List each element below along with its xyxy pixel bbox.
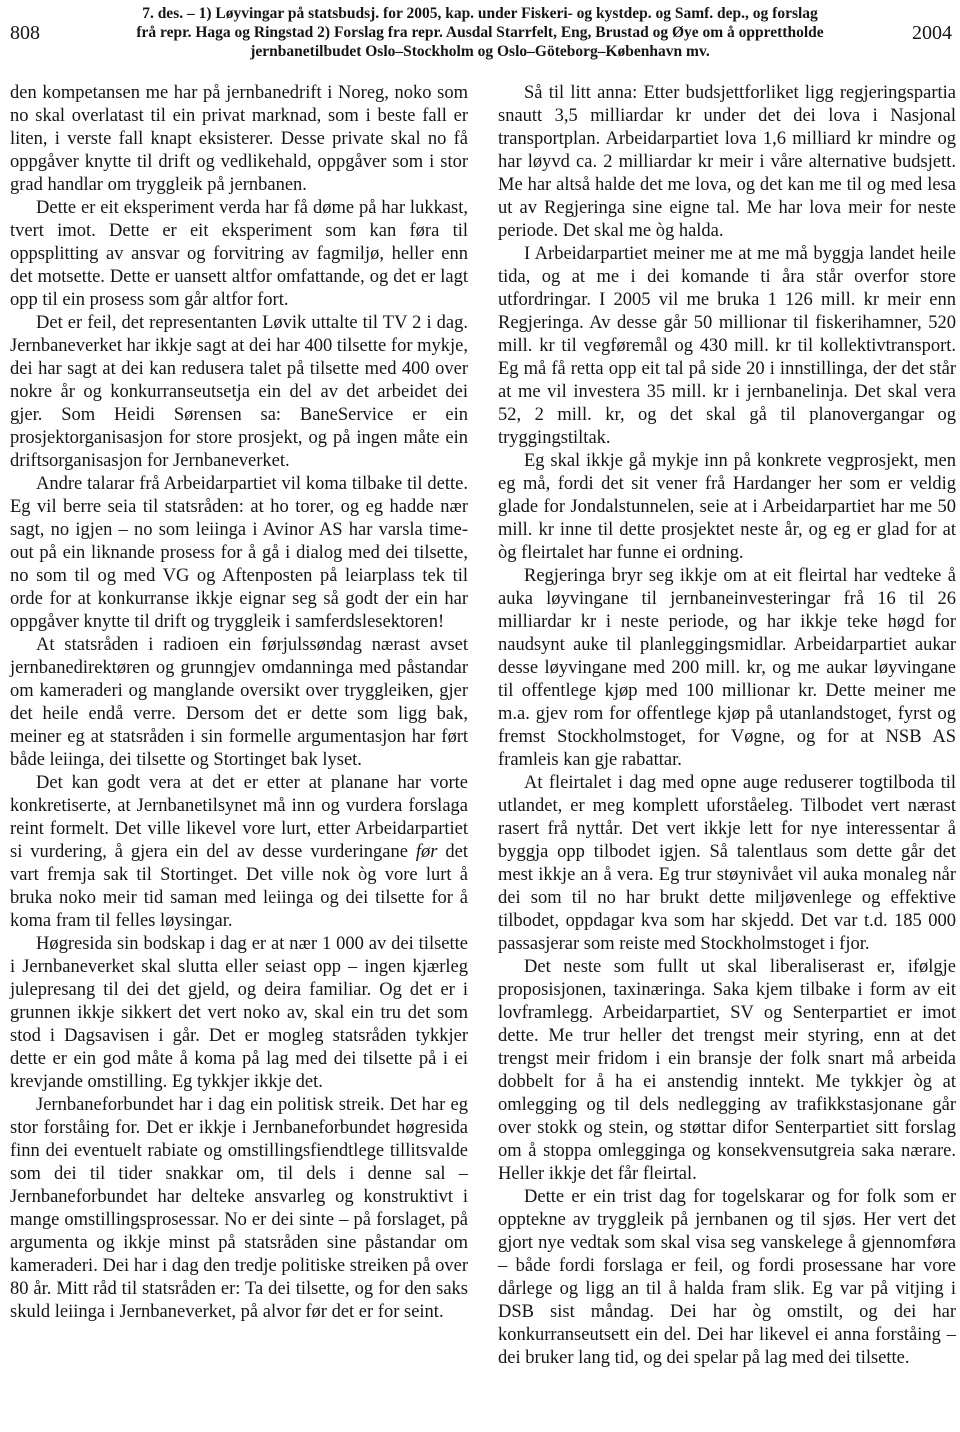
body-paragraph: Jernbaneforbundet har i dag ein politisk…	[10, 1094, 468, 1324]
body-paragraph: Andre talarar frå Arbeidarpartiet vil ko…	[10, 473, 468, 634]
body-columns: den kompetansen me har på jernbanedrift …	[10, 82, 956, 1370]
body-paragraph: den kompetansen me har på jernbanedrift …	[10, 82, 468, 197]
body-paragraph: At statsråden i radioen ein førjulssønda…	[10, 634, 468, 772]
text-run: Dette er eit eksperiment verda har få dø…	[10, 198, 468, 310]
text-run: At statsråden i radioen ein førjulssønda…	[10, 635, 468, 770]
text-run: Dette er ein trist dag for togelskarar o…	[498, 1187, 956, 1368]
text-run: Høgresida sin bodskap i dag er at nær 1 …	[10, 934, 468, 1092]
body-paragraph: Så til litt anna: Etter budsjettforliket…	[498, 82, 956, 243]
body-paragraph: Høgresida sin bodskap i dag er at nær 1 …	[10, 933, 468, 1094]
text-run: I Arbeidarpartiet meiner me at me må byg…	[498, 244, 956, 448]
text-run: Jernbaneforbundet har i dag ein politisk…	[10, 1095, 468, 1322]
left-column: den kompetansen me har på jernbanedrift …	[10, 82, 468, 1370]
year-label: 2004	[912, 22, 952, 44]
header-line-3: jernbanetilbudet Oslo–Stockholm og Oslo–…	[110, 42, 850, 61]
page-number: 808	[10, 22, 40, 44]
body-paragraph: I Arbeidarpartiet meiner me at me må byg…	[498, 243, 956, 450]
text-run: Det er feil, det representanten Løvik ut…	[10, 313, 468, 471]
body-paragraph: Regjeringa bryr seg ikkje om at eit flei…	[498, 565, 956, 772]
body-paragraph: Det neste som fullt ut skal liberalisera…	[498, 956, 956, 1186]
body-paragraph: Dette er ein trist dag for togelskarar o…	[498, 1186, 956, 1370]
header-line-1: 7. des. – 1) Løyvingar på statsbudsj. fo…	[110, 4, 850, 23]
text-run: Regjeringa bryr seg ikkje om at eit flei…	[498, 566, 956, 770]
text-run: Andre talarar frå Arbeidarpartiet vil ko…	[10, 474, 468, 632]
text-run: før	[416, 842, 438, 862]
body-paragraph: At fleirtalet i dag med opne auge reduse…	[498, 772, 956, 956]
header-line-2: frå repr. Haga og Ringstad 2) Forslag fr…	[110, 23, 850, 42]
right-column: Så til litt anna: Etter budsjettforliket…	[498, 82, 956, 1370]
page-header: 7. des. – 1) Løyvingar på statsbudsj. fo…	[110, 4, 850, 61]
text-run: Det neste som fullt ut skal liberalisera…	[498, 957, 956, 1184]
text-run: Så til litt anna: Etter budsjettforliket…	[498, 83, 956, 241]
text-run: Det kan godt vera at det er etter at pla…	[10, 773, 468, 862]
body-paragraph: Det kan godt vera at det er etter at pla…	[10, 772, 468, 933]
text-run: den kompetansen me har på jernbanedrift …	[10, 83, 468, 195]
text-run: Eg skal ikkje gå mykje inn på konkrete v…	[498, 451, 956, 563]
body-paragraph: Det er feil, det representanten Løvik ut…	[10, 312, 468, 473]
body-paragraph: Dette er eit eksperiment verda har få dø…	[10, 197, 468, 312]
text-run: At fleirtalet i dag med opne auge reduse…	[498, 773, 956, 954]
document-page: 808 2004 7. des. – 1) Løyvingar på stats…	[0, 0, 960, 1432]
body-paragraph: Eg skal ikkje gå mykje inn på konkrete v…	[498, 450, 956, 565]
